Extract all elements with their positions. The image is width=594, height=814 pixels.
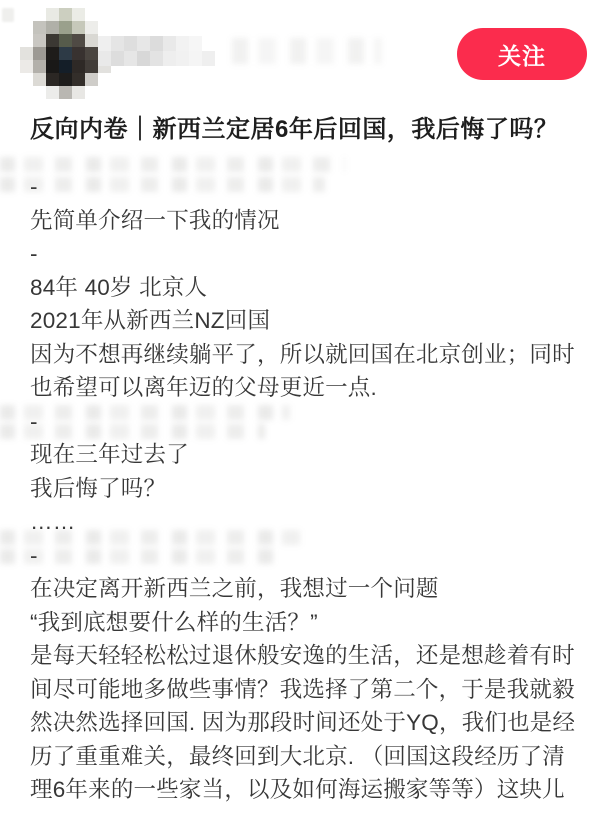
follow-button[interactable]: 关注 <box>457 28 587 80</box>
post-page: 关注 反向内卷｜新西兰定居6年后回国，我后悔了吗？ -先简单介绍一下我的情况-8… <box>0 0 594 814</box>
post-line: 然决然选择回国. 因为那段时间还处于YQ，我们也是经 <box>30 706 566 740</box>
post-line: - <box>30 170 566 204</box>
post-header: 关注 <box>0 0 594 104</box>
post-line: 2021年从新西兰NZ回国 <box>30 304 566 338</box>
post-line: …… <box>30 505 566 539</box>
post-line: 在决定离开新西兰之前，我想过一个问题 <box>30 572 566 606</box>
post-content: 反向内卷｜新西兰定居6年后回国，我后悔了吗？ -先简单介绍一下我的情况-84年 … <box>0 112 594 807</box>
post-line: 84年 40岁 北京人 <box>30 271 566 305</box>
post-line: “我到底想要什么样的生活？” <box>30 606 566 640</box>
post-line: 间尽可能地多做些事情？我选择了第二个，于是我就毅 <box>30 673 566 707</box>
post-line: 理6年来的一些家当，以及如何海运搬家等等）这块儿 <box>30 773 566 807</box>
post-line: - <box>30 237 566 271</box>
corner-artifact <box>2 8 14 22</box>
post-line: 历了重重难关，最终回到大北京. （回国这段经历了清 <box>30 740 566 774</box>
post-line: - <box>30 405 566 439</box>
post-line: 先简单介绍一下我的情况 <box>30 204 566 238</box>
username-redacted[interactable] <box>98 36 215 66</box>
post-body: -先简单介绍一下我的情况-84年 40岁 北京人2021年从新西兰NZ回国因为不… <box>30 170 566 807</box>
post-line: 也希望可以离年迈的父母更近一点. <box>30 371 566 405</box>
post-title: 反向内卷｜新西兰定居6年后回国，我后悔了吗？ <box>30 112 566 148</box>
post-line: 因为不想再继续躺平了，所以就回国在北京创业；同时 <box>30 338 566 372</box>
post-line: - <box>30 539 566 573</box>
post-line: 是每天轻轻松松过退休般安逸的生活，还是想趁着有时 <box>30 639 566 673</box>
watermark-ghost <box>232 38 382 64</box>
post-line: 我后悔了吗？ <box>30 472 566 506</box>
post-line: 现在三年过去了 <box>30 438 566 472</box>
